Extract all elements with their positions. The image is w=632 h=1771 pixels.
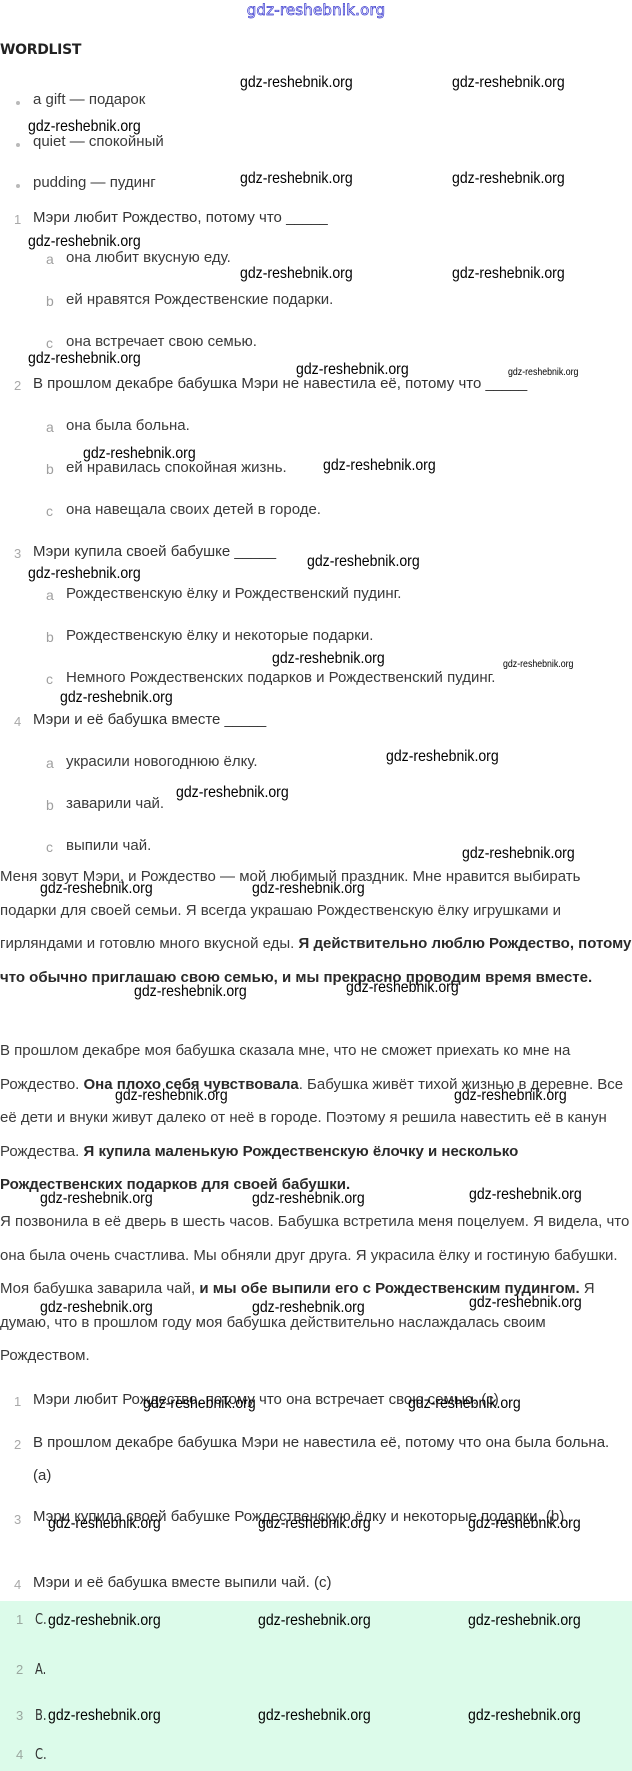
watermark: gdz-reshebnik.org xyxy=(307,553,420,571)
option-text: ей нравятся Рождественские подарки. xyxy=(66,291,333,308)
wordlist-item: a gift — подарок xyxy=(33,91,145,108)
answer-letter: A. xyxy=(35,1660,46,1678)
watermark: gdz-reshebnik.org xyxy=(60,689,173,707)
option-text: заварили чай. xyxy=(66,795,164,812)
option-text: выпили чай. xyxy=(66,837,151,854)
wordlist-item: quiet — спокойный xyxy=(33,133,164,150)
watermark: gdz-reshebnik.org xyxy=(452,74,565,92)
answer-number: 1 xyxy=(14,1394,21,1409)
option-text: она встречает свою семью. xyxy=(66,333,257,350)
answer-text: Мэри любит Рождество, потому что она вст… xyxy=(33,1383,628,1416)
option-letter: b xyxy=(46,629,54,645)
option-text: Рождественскую ёлку и некоторые подарки. xyxy=(66,627,373,644)
option-letter: a xyxy=(46,587,54,603)
wordlist-heading: WORDLIST xyxy=(0,42,81,58)
option-text: украсили новогоднюю ёлку. xyxy=(66,753,258,770)
watermark: gdz-reshebnik.org xyxy=(452,265,565,283)
answer-number: 2 xyxy=(14,1437,21,1452)
option-text: она была больна. xyxy=(66,417,190,434)
option-text: она навещала своих детей в городе. xyxy=(66,501,321,518)
option-letter: c xyxy=(46,671,53,687)
option-letter: a xyxy=(46,419,54,435)
watermark: gdz-reshebnik.org xyxy=(28,350,141,368)
option-letter: c xyxy=(46,503,53,519)
answer-number: 3 xyxy=(14,1512,21,1527)
answer-letter: B. xyxy=(35,1706,47,1724)
story-paragraph-2: В прошлом декабре моя бабушка сказала мн… xyxy=(0,1034,632,1202)
watermark: gdz-reshebnik.org xyxy=(503,659,573,670)
option-text: Немного Рождественских подарков и Рождес… xyxy=(66,669,495,686)
answer-number: 4 xyxy=(16,1747,23,1762)
option-letter: b xyxy=(46,797,54,813)
option-text: она любит вкусную еду. xyxy=(66,249,231,266)
answer-number: 2 xyxy=(16,1662,23,1677)
watermark: gdz-reshebnik.org xyxy=(323,457,436,475)
question-text: Мэри и её бабушка вместе _____ xyxy=(33,711,266,728)
answer-number: 3 xyxy=(16,1708,23,1723)
watermark: gdz-reshebnik.org xyxy=(452,170,565,188)
answer-number: 4 xyxy=(14,1577,21,1592)
answer-panel: 1 C. 2 A. 3 B. 4 C. xyxy=(0,1601,632,1771)
watermark: gdz-reshebnik.org xyxy=(176,784,289,802)
watermark: gdz-reshebnik.org xyxy=(28,565,141,583)
bullet-icon xyxy=(16,184,20,188)
answer-letter: C. xyxy=(35,1610,47,1628)
site-link[interactable]: gdz-reshebnik.org xyxy=(0,1,632,19)
answer-letter: C. xyxy=(35,1745,47,1763)
bullet-icon xyxy=(16,101,20,105)
question-number: 4 xyxy=(14,714,21,729)
story-paragraph-1: Меня зовут Мэри, и Рождество — мой любим… xyxy=(0,860,632,994)
option-letter: c xyxy=(46,335,53,351)
story-paragraph-3: Я позвонила в её дверь в шесть часов. Ба… xyxy=(0,1205,632,1373)
answer-text: Мэри купила своей бабушке Рождественскую… xyxy=(33,1505,628,1529)
watermark: gdz-reshebnik.org xyxy=(240,170,353,188)
option-letter: a xyxy=(46,755,54,771)
watermark: gdz-reshebnik.org xyxy=(386,748,499,766)
answer-text: Мэри и её бабушка вместе выпили чай. (c) xyxy=(33,1566,628,1599)
bold-text-run: и мы обе выпили его с Рождественским пуд… xyxy=(199,1280,579,1297)
option-letter: a xyxy=(46,251,54,267)
question-number: 2 xyxy=(14,378,21,393)
wordlist-item: pudding — пудинг xyxy=(33,174,156,191)
bold-text-run: Она плохо себя чувствовала xyxy=(84,1076,299,1093)
question-text: Мэри купила своей бабушке _____ xyxy=(33,543,276,560)
answer-text: В прошлом декабре бабушка Мэри не навест… xyxy=(33,1426,628,1492)
bullet-icon xyxy=(16,143,20,147)
answer-number: 1 xyxy=(16,1612,23,1627)
option-letter: b xyxy=(46,293,54,309)
question-text: Мэри любит Рождество, потому что _____ xyxy=(33,209,328,226)
option-text: ей нравилась спокойная жизнь. xyxy=(66,459,287,476)
option-text: Рождественскую ёлку и Рождественский пуд… xyxy=(66,585,401,602)
watermark: gdz-reshebnik.org xyxy=(240,265,353,283)
option-letter: b xyxy=(46,461,54,477)
watermark: gdz-reshebnik.org xyxy=(272,650,385,668)
option-letter: c xyxy=(46,839,53,855)
question-number: 1 xyxy=(14,212,21,227)
question-text: В прошлом декабре бабушка Мэри не навест… xyxy=(33,375,527,392)
watermark: gdz-reshebnik.org xyxy=(240,74,353,92)
question-number: 3 xyxy=(14,546,21,561)
